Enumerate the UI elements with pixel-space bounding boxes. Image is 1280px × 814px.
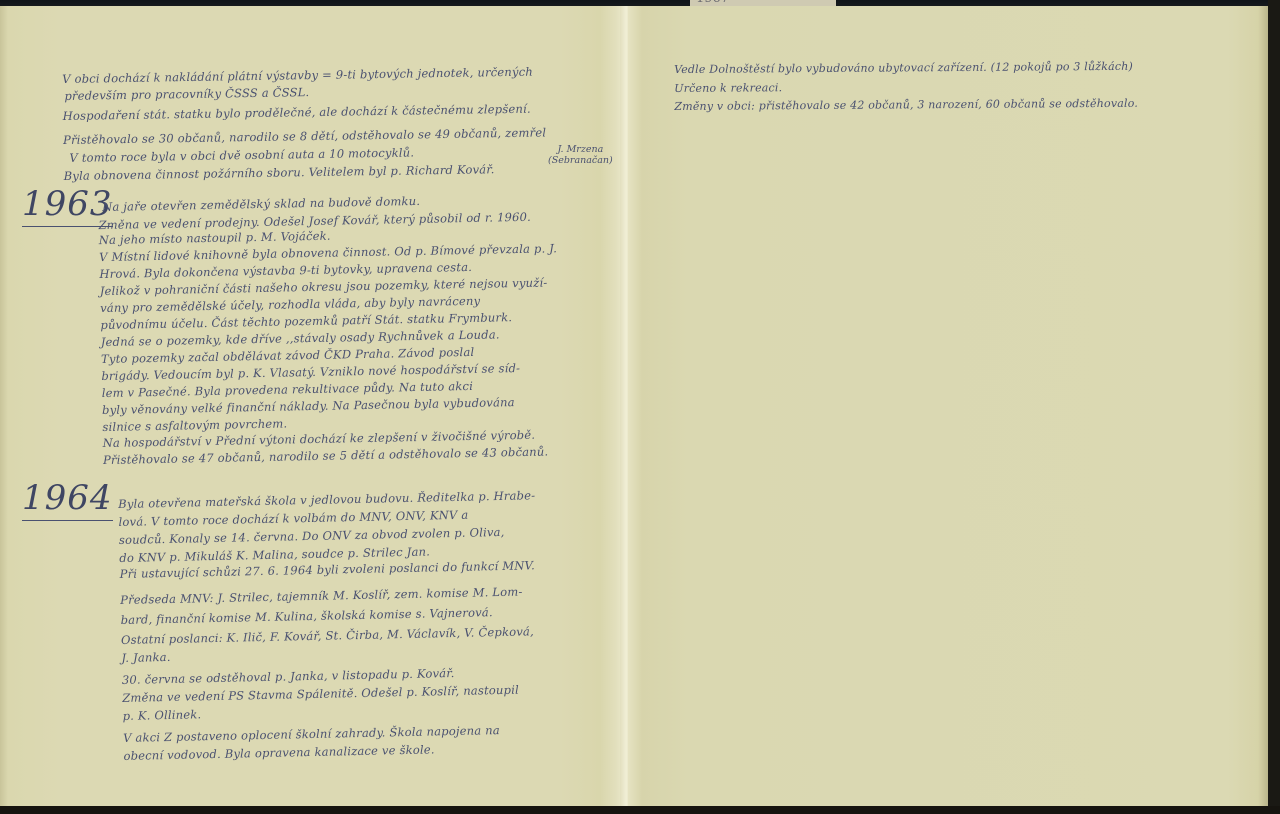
right-page: Vedle Dolnoštěstí bylo vybudováno ubytov… — [628, 6, 1268, 806]
right-entry: Vedle Dolnoštěstí bylo vybudováno ubytov… — [674, 57, 1138, 117]
entry-line: Změny v obci: přistěhovalo se 42 občanů,… — [674, 94, 1138, 117]
intro-margin-note: J. Mrzena (Sebranačan) — [548, 144, 613, 166]
left-page: V obci dochází k nakládání plátní výstav… — [0, 6, 624, 806]
intro-entry: V obci dochází k nakládání plátní výstav… — [62, 61, 547, 186]
scanner-right-edge — [1268, 0, 1280, 814]
entry-1964: Byla otevřena mateřská škola v jedlovou … — [118, 485, 541, 764]
scanner-bottom-edge — [0, 806, 1280, 814]
margin-note-name: J. Mrzena — [548, 144, 613, 155]
chronicle-spread: 1967 V obci dochází k nakládání plátní v… — [0, 0, 1280, 814]
entry-line: Vedle Dolnoštěstí bylo vybudováno ubytov… — [674, 57, 1138, 79]
year-heading-1964: 1964 — [22, 478, 113, 521]
entry-1963: Na jaře otevřen zemědělský sklad na budo… — [102, 189, 561, 468]
margin-note-parenthetical: (Sebranačan) — [548, 155, 613, 166]
